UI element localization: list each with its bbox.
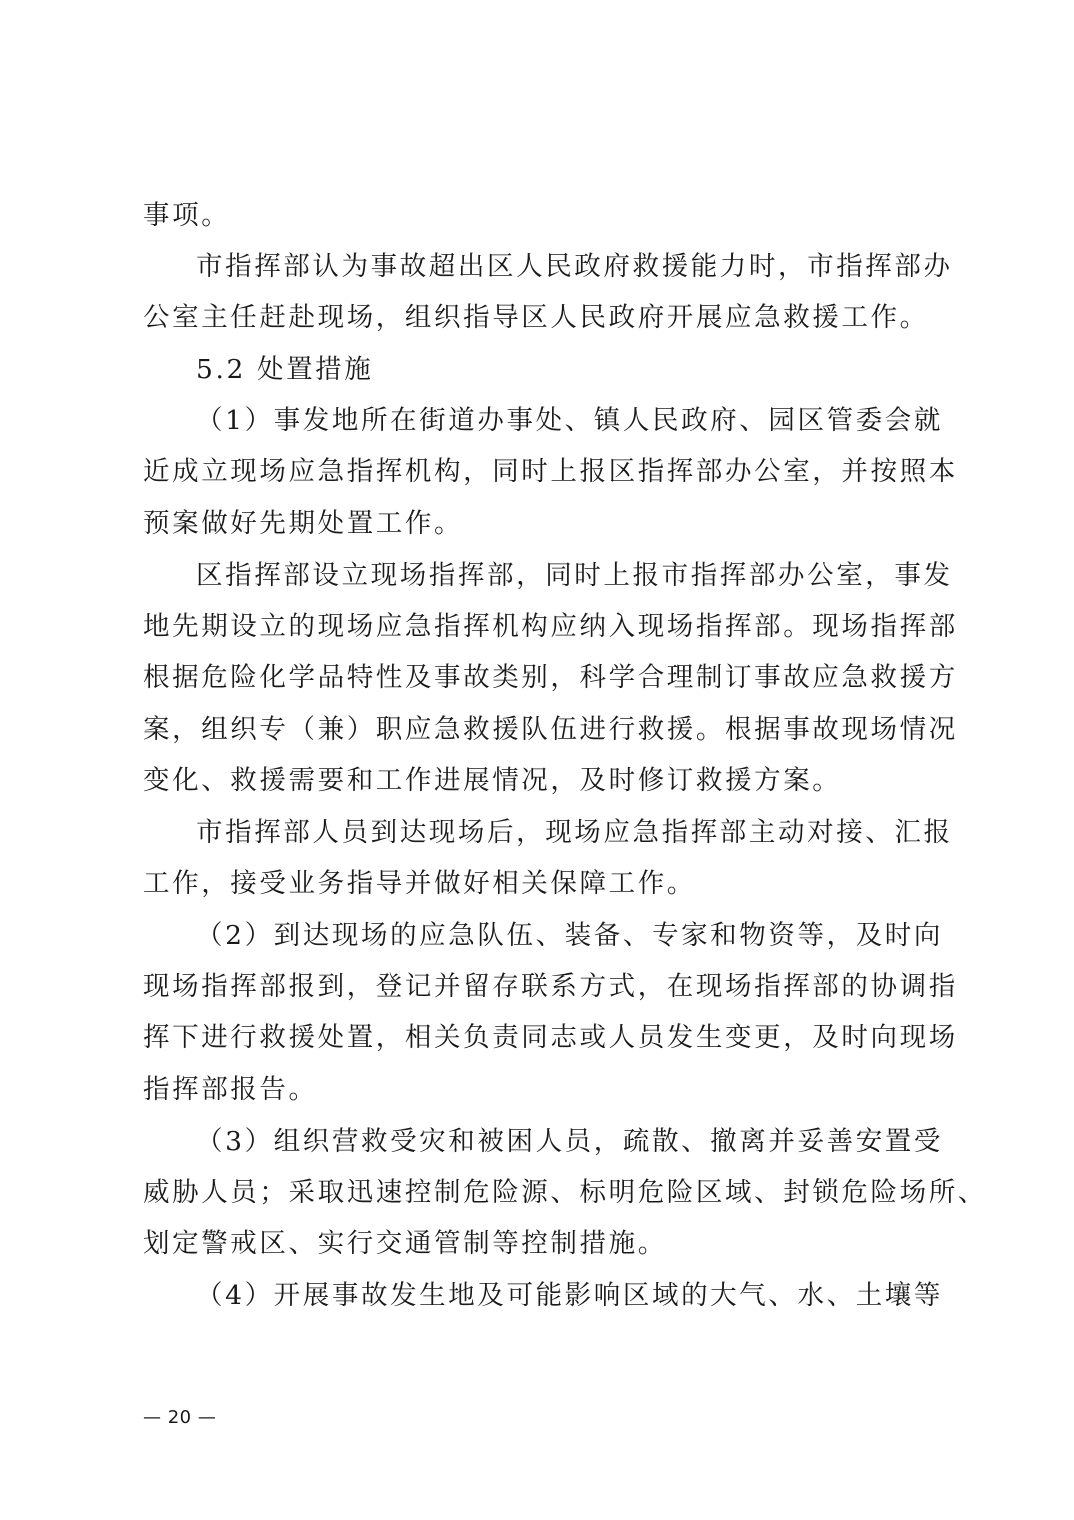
text-line: （1）事发地所在街道办事处、镇人民政府、园区管委会就 [196,401,943,441]
text-line: 指挥部报告。 [143,1070,943,1110]
text-line: 划定警戒区、实行交通管制等控制措施。 [143,1224,943,1264]
text-line: 变化、救援需要和工作进展情况，及时修订救援方案。 [143,761,943,801]
text-line: 地先期设立的现场应急指挥机构应纳入现场指挥部。现场指挥部 [143,607,943,647]
document-page: 事项。 市指挥部认为事故超出区人民政府救援能力时，市指挥部办 公室主任赶赴现场，… [0,0,1074,1520]
text-line: （4）开展事故发生地及可能影响区域的大气、水、土壤等 [196,1276,943,1316]
text-line: 市指挥部人员到达现场后，现场应急指挥部主动对接、汇报 [196,813,943,853]
text-line: 根据危险化学品特性及事故类别，科学合理制订事故应急救援方 [143,658,943,698]
text-line: 事项。 [143,196,943,236]
text-line: 公室主任赶赴现场，组织指导区人民政府开展应急救援工作。 [143,298,943,338]
text-line: （3）组织营救受灾和被困人员，疏散、撤离并妥善安置受 [196,1122,943,1162]
text-line: 预案做好先期处置工作。 [143,504,943,544]
section-heading: 5.2 处置措施 [196,350,943,390]
text-line: 近成立现场应急指挥机构，同时上报区指挥部办公室，并按照本 [143,452,943,492]
text-line: 案，组织专（兼）职应急救援队伍进行救援。根据事故现场情况 [143,710,943,750]
text-line: 威胁人员；采取迅速控制危险源、标明危险区域、封锁危险场所、 [143,1173,943,1213]
text-line: 挥下进行救援处置，相关负责同志或人员发生变更，及时向现场 [143,1018,943,1058]
page-number: — 20 — [143,1406,216,1430]
text-line: 区指挥部设立现场指挥部，同时上报市指挥部办公室，事发 [196,556,943,596]
text-line: 市指挥部认为事故超出区人民政府救援能力时，市指挥部办 [196,247,943,287]
text-line: 现场指挥部报到，登记并留存联系方式，在现场指挥部的协调指 [143,967,943,1007]
text-line: 工作，接受业务指导并做好相关保障工作。 [143,864,943,904]
text-line: （2）到达现场的应急队伍、装备、专家和物资等，及时向 [196,916,943,956]
